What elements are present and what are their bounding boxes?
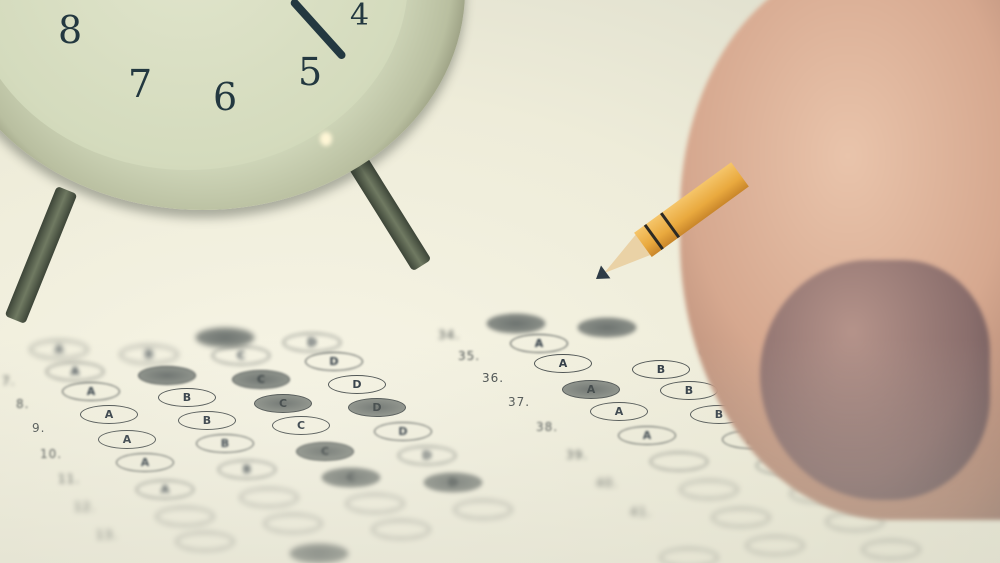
question-number: 40. [596,476,618,490]
question-number: 12. [74,500,96,514]
bubble-a[interactable]: A [62,382,120,401]
bubble-a[interactable] [156,507,214,526]
bubble-b[interactable]: B [158,388,216,407]
bubble-c-filled[interactable]: C [254,394,312,413]
bubble-filled[interactable] [290,544,348,563]
question-number: 38. [536,420,558,434]
bubble-a[interactable]: A [534,354,592,373]
bubble-a[interactable]: A [618,426,676,445]
bubble-d-filled[interactable]: D [348,398,406,417]
bubble-a[interactable] [650,452,708,471]
bubble-a[interactable]: A [46,362,104,381]
bubble-b-filled[interactable] [138,366,196,385]
question-number: 8. [16,397,29,411]
bubble-a[interactable]: A [590,402,648,421]
question-number: 13. [96,528,118,542]
bubble-d[interactable]: D [305,352,363,371]
bubble-filled[interactable] [487,314,545,333]
bubble-a[interactable]: A [136,480,194,499]
bubble-d-filled[interactable]: D [424,473,482,492]
bubble-a-filled[interactable]: A [562,380,620,399]
bubble-a[interactable] [660,548,718,563]
question-number: 9. [32,421,45,435]
bubble-b[interactable] [240,488,298,507]
clock-glint [320,132,332,146]
question-number: 39. [566,448,588,462]
bubble-d[interactable] [454,500,512,519]
clock-numeral: 5 [298,50,322,94]
clock-numeral: 6 [213,75,237,119]
question-number: 36. [482,371,504,385]
bubble-d[interactable]: D [398,446,456,465]
question-number: 11. [58,472,80,486]
question-number: 37. [508,395,530,409]
clock-numeral: 7 [128,62,152,106]
clock-face: 8 7 6 5 4 [0,0,408,170]
question-number: 41. [630,505,652,519]
bubble-c-filled[interactable]: C [296,442,354,461]
bubble-a[interactable]: A [510,334,568,353]
question-number: 34. [438,328,460,342]
bubble-a[interactable]: A [98,430,156,449]
bubble-d[interactable]: D [374,422,432,441]
bubble-filled[interactable] [578,318,636,337]
bubble-b[interactable]: B [218,460,276,479]
bubble-filled[interactable] [196,328,254,347]
bubble-c[interactable]: C [272,416,330,435]
bubble-d[interactable]: D [328,375,386,394]
bubble-d[interactable]: D [283,333,341,352]
bubble-b[interactable] [264,514,322,533]
bubble-a[interactable]: A [30,340,88,359]
bubble-a[interactable] [746,536,804,555]
question-number: 10. [40,447,62,461]
bubble-a[interactable] [680,480,738,499]
bubble-b[interactable]: B [196,434,254,453]
question-number: 7. [2,374,15,388]
question-number: 35. [458,349,480,363]
photo-scene: 7. 8. 9. 10. 11. 12. 13. A B D A C D A C… [0,0,1000,563]
bubble-c-filled[interactable]: C [232,370,290,389]
bubble-a[interactable] [712,508,770,527]
bubble-a[interactable] [176,532,234,551]
bubble-c[interactable] [346,494,404,513]
bubble-c-filled[interactable]: C [322,468,380,487]
bubble-c[interactable] [372,520,430,539]
bubble-b[interactable] [862,540,920,559]
bubble-b[interactable]: B [120,345,178,364]
bubble-b[interactable]: B [632,360,690,379]
bubble-a[interactable]: A [80,405,138,424]
bubble-b[interactable]: B [178,411,236,430]
bubble-c[interactable]: C [212,346,270,365]
bubble-a[interactable]: A [116,453,174,472]
clock-numeral: 4 [350,0,369,33]
clock-numeral: 8 [58,8,82,52]
